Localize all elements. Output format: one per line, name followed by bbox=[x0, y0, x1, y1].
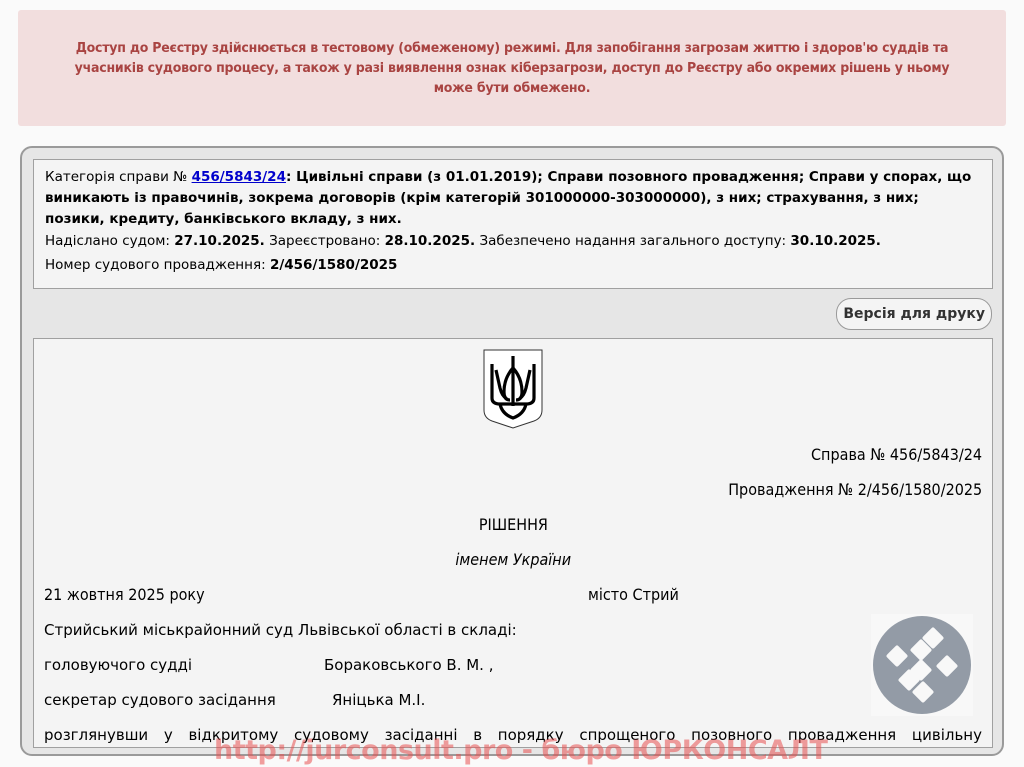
accessibility-widget[interactable] bbox=[871, 614, 973, 716]
decision-date: 21 жовтня 2025 року bbox=[44, 585, 205, 605]
judge-name: Бораковського В. М. , bbox=[324, 655, 493, 675]
proceeding-number-line: Провадження № 2/456/1580/2025 bbox=[728, 480, 982, 500]
document-title: РІШЕННЯ bbox=[34, 515, 992, 535]
coat-of-arms-icon bbox=[482, 348, 544, 430]
court-composition: Стрийський міськрайонний суд Львівської … bbox=[44, 620, 517, 640]
case-info-box: Категорія справи № 456/5843/24: Цивільні… bbox=[33, 159, 993, 289]
proceeding-number: 2/456/1580/2025 bbox=[270, 257, 398, 273]
decision-document: Справа № 456/5843/24 Провадження № 2/456… bbox=[33, 338, 993, 748]
case-number-link[interactable]: 456/5843/24 bbox=[192, 169, 286, 185]
secretary-label: секретар судового засідання bbox=[44, 690, 276, 710]
case-dates: Надіслано судом: 27.10.2025. Зареєстрова… bbox=[45, 231, 981, 252]
case-number-line: Справа № 456/5843/24 bbox=[811, 445, 982, 465]
secretary-name: Яніцька М.І. bbox=[332, 690, 425, 710]
judge-label: головуючого судді bbox=[44, 655, 192, 675]
puzzle-accessibility-icon bbox=[873, 616, 971, 714]
decision-city: місто Стрий bbox=[588, 585, 679, 605]
proceeding-number-row: Номер судового провадження: 2/456/1580/2… bbox=[45, 255, 981, 276]
sent-date: 27.10.2025. bbox=[174, 233, 265, 249]
watermark-link[interactable]: http://jurconsult.pro - бюро ЮРКОНСАЛТ bbox=[214, 735, 827, 766]
print-version-button[interactable]: Версія для друку bbox=[836, 298, 992, 330]
decision-panel: Категорія справи № 456/5843/24: Цивільні… bbox=[20, 146, 1004, 756]
access-date: 30.10.2025. bbox=[790, 233, 881, 249]
case-category: Категорія справи № 456/5843/24: Цивільні… bbox=[45, 167, 981, 230]
access-warning-text: Доступ до Реєстру здійснюється в тестово… bbox=[67, 38, 956, 98]
registered-date: 28.10.2025. bbox=[385, 233, 476, 249]
document-subtitle: іменем України bbox=[34, 550, 992, 570]
access-warning-banner: Доступ до Реєстру здійснюється в тестово… bbox=[18, 10, 1006, 126]
